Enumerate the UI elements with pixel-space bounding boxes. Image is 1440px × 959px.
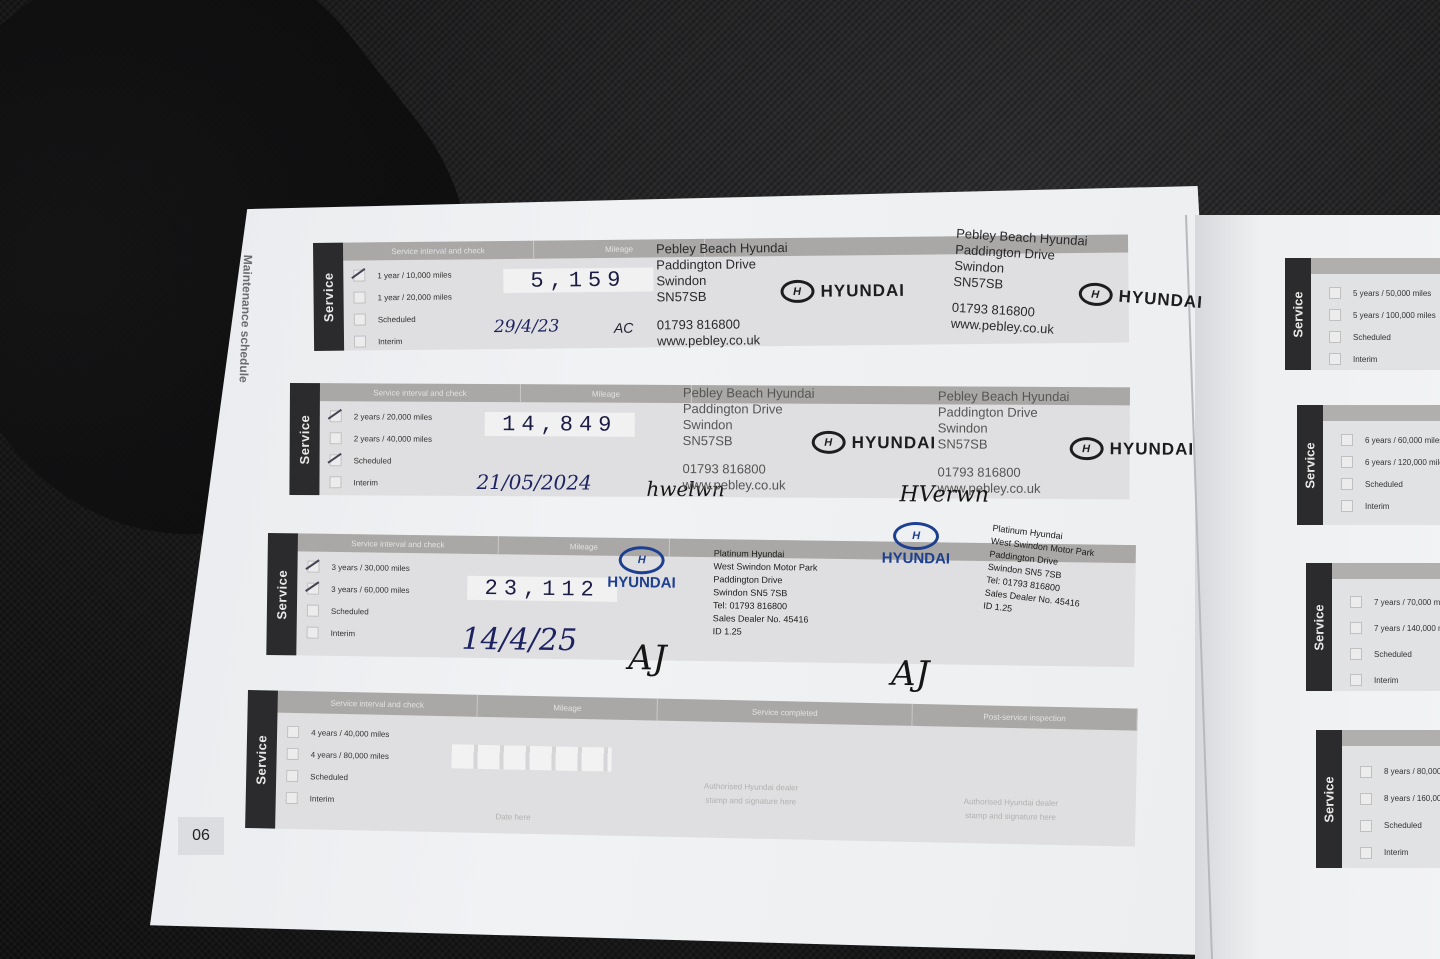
service-tab: Service — [266, 533, 298, 655]
option-row[interactable]: Interim — [1336, 667, 1440, 693]
dealer-stamp-inspection: Pebley Beach Hyundai Paddington Drive Sw… — [937, 388, 1069, 497]
option-row[interactable]: 5 years / 100,000 miles — [1315, 304, 1436, 326]
option-row[interactable]: Interim — [329, 471, 469, 494]
service-tab: Service — [245, 690, 278, 829]
service-tab: Service — [289, 383, 320, 495]
right-service-row-5: Service 5 years / 50,000 miles 5 years /… — [1285, 258, 1440, 370]
mileage-field[interactable]: 23,112 — [467, 576, 617, 602]
checkbox-checked[interactable] — [330, 454, 342, 466]
header-interval: Service interval and check — [343, 241, 534, 261]
checkbox[interactable] — [354, 313, 366, 325]
option-row[interactable]: Scheduled — [286, 765, 426, 790]
checkbox[interactable] — [287, 748, 299, 760]
option-row[interactable]: Scheduled — [1315, 326, 1436, 348]
option-row[interactable]: Interim — [1327, 495, 1440, 517]
option-row[interactable]: Scheduled — [1336, 641, 1440, 667]
dealer-stamp-inspection: Pebley Beach Hyundai Paddington Drive Sw… — [950, 226, 1088, 340]
option-row[interactable]: 5 years / 50,000 miles — [1315, 282, 1436, 304]
option-row[interactable]: Scheduled — [1327, 473, 1440, 495]
dealer-stamp-service: Pebley Beach Hyundai Paddington Drive Sw… — [682, 385, 814, 494]
hyundai-emblem-icon: H — [780, 280, 814, 303]
hyundai-logo: HHYUNDAI — [812, 431, 937, 455]
signature-service: AJ — [628, 638, 667, 679]
checkbox-checked[interactable] — [307, 583, 319, 595]
checkbox[interactable] — [1360, 793, 1372, 805]
checkbox[interactable] — [1350, 674, 1362, 686]
service-completed-placeholder: Authorised Hyundai dealer stamp and sign… — [696, 779, 807, 809]
checkbox[interactable] — [1341, 456, 1353, 468]
date-placeholder: Date here — [495, 810, 530, 825]
option-row[interactable]: 1 year / 10,000 miles — [353, 263, 493, 286]
service-tab: Service — [1285, 258, 1311, 370]
checkbox[interactable] — [1350, 622, 1362, 634]
option-row[interactable]: 8 years / 80,000 miles — [1346, 758, 1440, 785]
checkbox-checked[interactable] — [353, 269, 365, 281]
checkbox[interactable] — [286, 792, 298, 804]
option-row[interactable]: Interim — [354, 329, 494, 352]
checkbox[interactable] — [1350, 596, 1362, 608]
option-row[interactable]: 4 years / 80,000 miles — [286, 743, 426, 768]
option-row[interactable]: Scheduled — [354, 307, 494, 330]
mileage-field-empty[interactable] — [451, 744, 611, 771]
checkbox[interactable] — [1329, 309, 1341, 321]
header-post-service-inspection: Post-service inspection — [912, 704, 1137, 731]
checkbox-checked[interactable] — [307, 561, 319, 573]
service-date: 21/05/2024 — [476, 470, 591, 495]
hyundai-logo-blue: HHYUNDAI — [607, 546, 676, 592]
checkbox[interactable] — [1350, 648, 1362, 660]
option-row[interactable]: Scheduled — [1346, 812, 1440, 839]
option-row[interactable]: Interim — [1315, 348, 1436, 370]
option-row[interactable]: 6 years / 120,000 miles — [1327, 451, 1440, 473]
dealer-stamp-inspection: Platinum Hyundai West Swindon Motor Park… — [982, 522, 1096, 625]
signature-inspection: AJ — [891, 654, 930, 695]
checkbox[interactable] — [286, 770, 298, 782]
service-date: 14/4/25 — [461, 622, 577, 659]
header-mileage: Mileage — [521, 384, 692, 403]
hyundai-logo: HHYUNDAI — [1070, 437, 1195, 461]
service-tab: Service — [313, 243, 344, 351]
hyundai-logo: HHYUNDAI — [780, 279, 905, 303]
service-row-1: Service interval and checkMileage Servic… — [313, 234, 1129, 351]
checkbox[interactable] — [330, 432, 342, 444]
service-row-2: Service interval and checkMileage Servic… — [289, 383, 1130, 499]
dealer-stamp-service: Platinum Hyundai West Swindon Motor Park… — [713, 547, 818, 639]
checkbox[interactable] — [1329, 353, 1341, 365]
service-tab: Service — [1297, 405, 1323, 525]
option-row[interactable]: 3 years / 60,000 miles — [307, 578, 447, 602]
right-service-row-7: Service 7 years / 70,000 miles 7 years /… — [1306, 563, 1440, 691]
option-row[interactable]: Scheduled — [307, 600, 447, 624]
mileage-field[interactable]: 5,159 — [503, 267, 653, 293]
option-row[interactable]: 8 years / 160,000 miles — [1346, 785, 1440, 812]
option-row[interactable]: 2 years / 40,000 miles — [330, 427, 470, 450]
header-mileage: Mileage — [478, 695, 659, 721]
option-row[interactable]: Interim — [306, 622, 446, 646]
option-row[interactable]: 7 years / 70,000 miles — [1336, 589, 1440, 615]
inspection-placeholder: Authorised Hyundai dealer stamp and sign… — [955, 795, 1066, 825]
service-row-4: Service interval and checkMileageService… — [245, 690, 1138, 847]
checkbox[interactable] — [1360, 820, 1372, 832]
hyundai-emblem-icon: H — [812, 431, 846, 454]
checkbox[interactable] — [354, 291, 366, 303]
checkbox[interactable] — [1341, 478, 1353, 490]
service-tab: Service — [1306, 563, 1332, 691]
option-row[interactable]: 1 year / 20,000 miles — [353, 285, 493, 308]
checkbox[interactable] — [307, 627, 319, 639]
checkbox[interactable] — [354, 335, 366, 347]
checkbox[interactable] — [1329, 331, 1341, 343]
header-interval: Service interval and check — [278, 691, 478, 717]
option-row[interactable]: 6 years / 60,000 miles — [1327, 429, 1440, 451]
page-number: 06 — [178, 817, 224, 855]
checkbox[interactable] — [1360, 847, 1372, 859]
dealer-stamp-service: Pebley Beach Hyundai Paddington Drive Sw… — [656, 240, 789, 349]
checkbox[interactable] — [1341, 434, 1353, 446]
option-row[interactable]: 3 years / 30,000 miles — [307, 556, 447, 580]
hyundai-emblem-icon: H — [893, 522, 939, 551]
header-interval: Service interval and check — [298, 533, 499, 554]
checkbox[interactable] — [307, 605, 319, 617]
checkbox[interactable] — [1341, 500, 1353, 512]
option-row[interactable]: 2 years / 20,000 miles — [330, 405, 470, 428]
service-tab: Service — [1316, 730, 1342, 868]
service-row-3: Service interval and checkMileage Servic… — [266, 533, 1136, 667]
hyundai-logo-blue: HHYUNDAI — [882, 522, 951, 568]
hyundai-emblem-icon: H — [1070, 437, 1104, 460]
checkbox[interactable] — [287, 726, 299, 738]
service-date: 29/4/23 — [494, 316, 560, 337]
signature-inspection: HVerwn — [899, 482, 989, 507]
checkbox[interactable] — [1329, 287, 1341, 299]
right-service-row-6: Service 6 years / 60,000 miles 6 years /… — [1297, 405, 1440, 525]
option-row[interactable]: Interim — [1346, 839, 1440, 866]
hyundai-emblem-icon: H — [1078, 282, 1114, 308]
checkbox[interactable] — [329, 476, 341, 488]
option-row[interactable]: 7 years / 140,000 miles — [1336, 615, 1440, 641]
checkbox[interactable] — [1360, 766, 1372, 778]
option-row[interactable]: Scheduled — [330, 449, 470, 472]
right-service-row-8: Service 8 years / 80,000 miles 8 years /… — [1316, 730, 1440, 868]
checkbox-checked[interactable] — [330, 410, 342, 422]
option-row[interactable]: 4 years / 40,000 miles — [287, 721, 427, 746]
hyundai-emblem-icon: H — [619, 546, 665, 575]
option-row[interactable]: Interim — [286, 787, 426, 812]
technician-initials: AC — [614, 320, 634, 336]
header-interval: Service interval and check — [320, 383, 521, 402]
mileage-field[interactable]: 14,849 — [485, 412, 635, 437]
